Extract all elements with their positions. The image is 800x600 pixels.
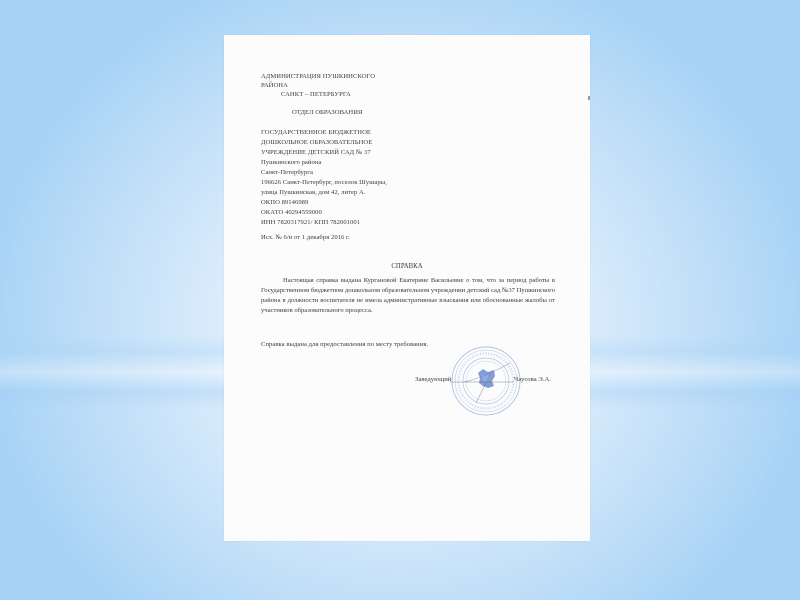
institution-line: УЧРЕЖДЕНИЕ ДЕТСКИЙ САД № 37 [261,148,371,158]
official-stamp [450,345,522,417]
institution-line: ОКАТО 40294559000 [261,208,322,218]
institution-line: ДОШКОЛЬНОЕ ОБРАЗОВАТЕЛЬНОЕ [261,138,372,148]
institution-line: ОКПО 89146989 [261,198,308,208]
institution-line: Пушкинского района [261,158,321,168]
city-line: САНКТ – ПЕТЕРБУРГА [281,90,351,100]
signatory-position: Заведующий [415,375,451,385]
certificate-body-text: Настоящая справка выдана Кургановой Екат… [261,277,555,314]
certificate-body: Настоящая справка выдана Кургановой Екат… [261,276,555,316]
purpose-line: Справка выдана для предоставления по мес… [261,340,428,350]
institution-line: ГОСУДАРСТВЕННОЕ БЮДЖЕТНОЕ [261,128,371,138]
institution-line: ИНН 7820317921/ КПП 782001001 [261,218,360,228]
institution-line: 196626 Санкт-Петербург, поселок Шушары, [261,178,387,188]
scanned-document-page: АДМИНИСТРАЦИЯ ПУШКИНСКОГО РАЙОНА САНКТ –… [224,35,590,541]
institution-line: улица Пушкинская, дом 42, литер А. [261,188,366,198]
institution-line: Санкт-Петербурга [261,168,313,178]
document-title: СПРАВКА [224,263,590,270]
scan-artifact [588,96,590,100]
outgoing-reference: Исх. № 6/н от 1 декабря 2016 г. [261,233,350,243]
department-line: ОТДЕЛ ОБРАЗОВАНИЯ [292,108,362,118]
